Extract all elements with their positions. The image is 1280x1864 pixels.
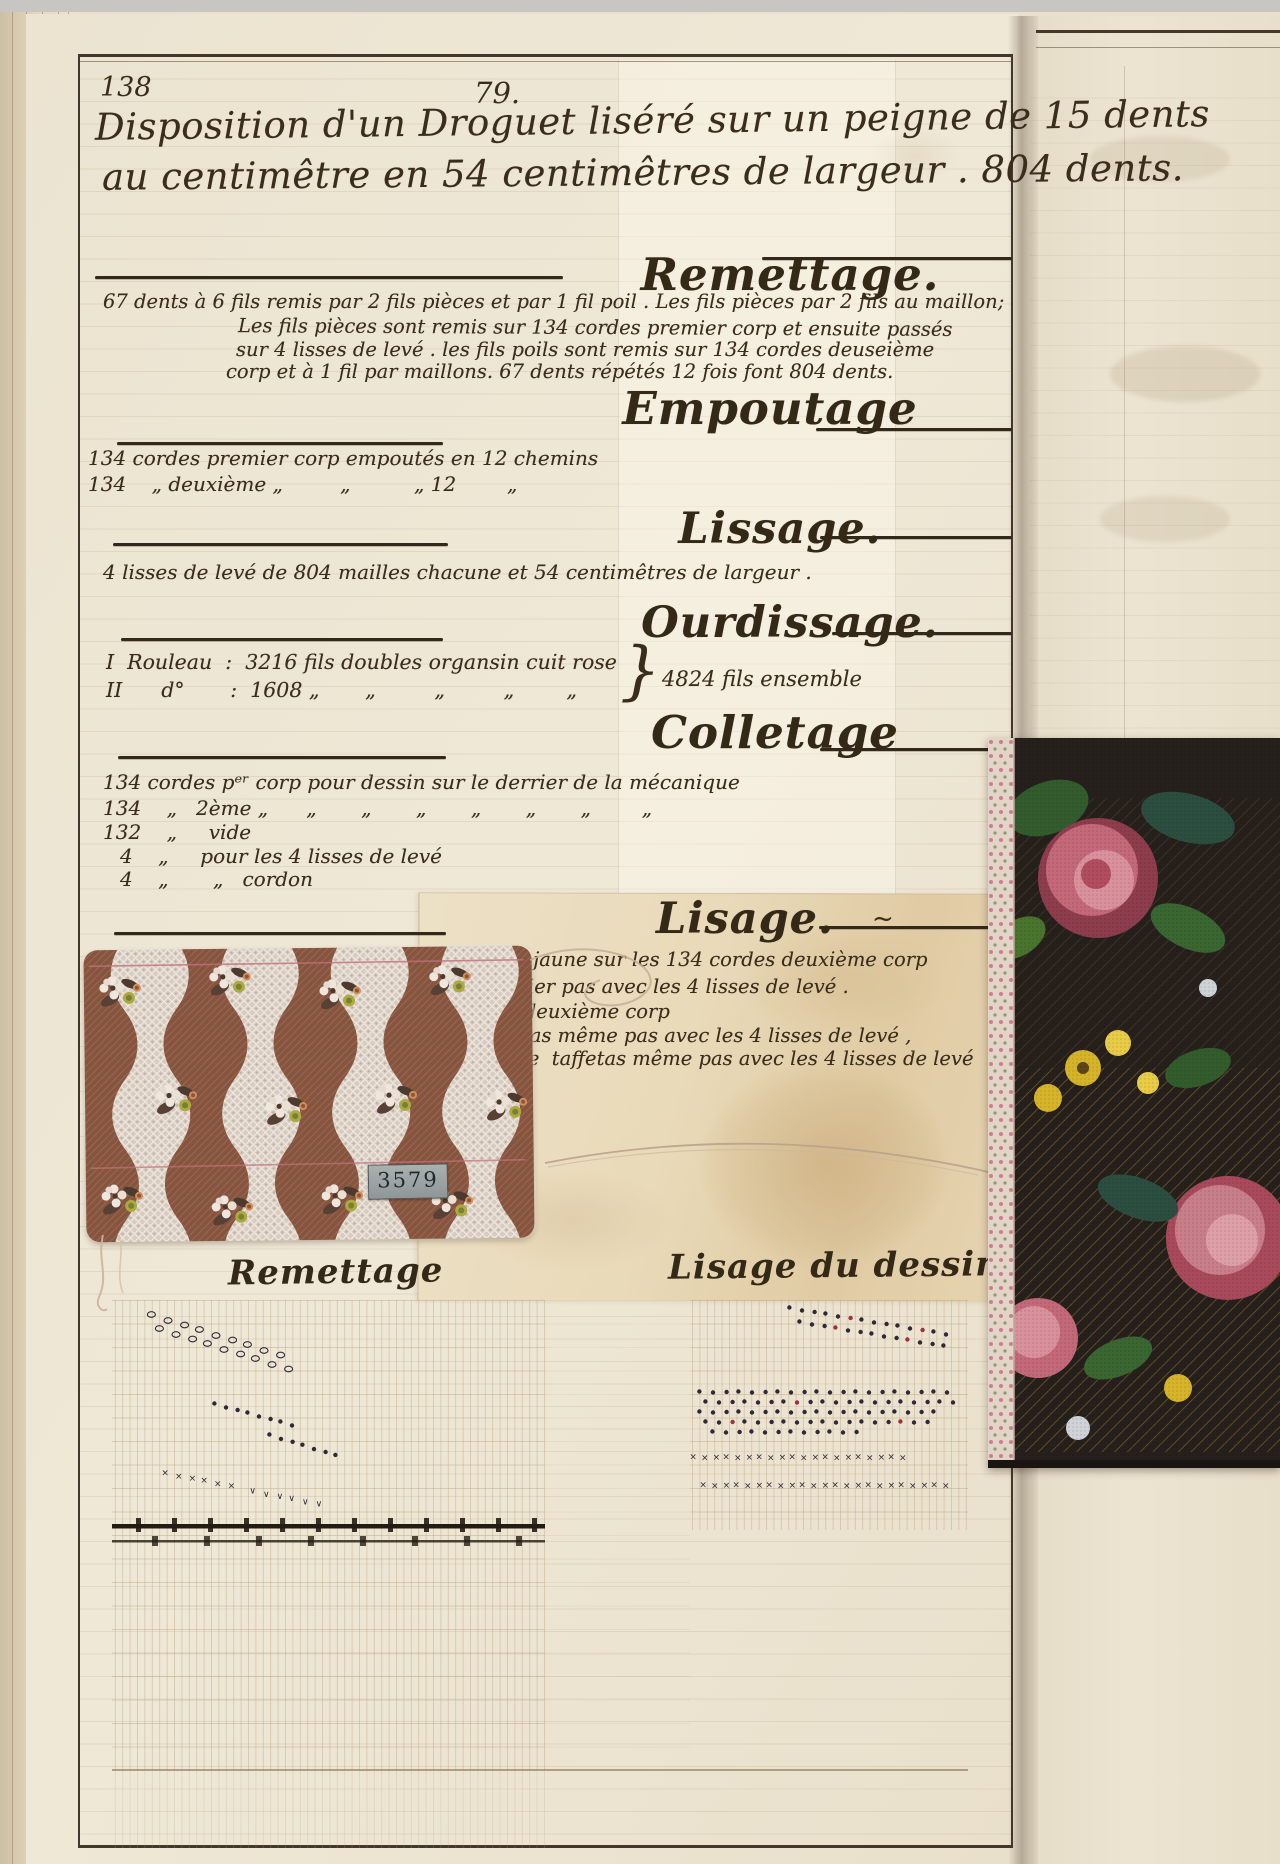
svg-text:∨: ∨ bbox=[302, 1498, 309, 1508]
svg-text:×: × bbox=[701, 1454, 709, 1464]
svg-text:×: × bbox=[854, 1453, 862, 1463]
ourdissage-brace-note: 4824 fils ensemble bbox=[662, 668, 862, 690]
lisage-squiggle: ~ bbox=[872, 906, 894, 933]
empoutage-heading: Empoutage bbox=[535, 382, 1005, 435]
svg-text:×: × bbox=[746, 1453, 754, 1463]
svg-text:×: × bbox=[909, 1482, 917, 1492]
folio-number-left: 138 bbox=[100, 72, 152, 103]
svg-text:×: × bbox=[722, 1453, 730, 1463]
ourdissage-line-1: I Rouleau : 3216 fils doubles organsin c… bbox=[106, 652, 617, 674]
ourdissage-line-2: II d° : 1608 „ „ „ „ „ bbox=[106, 680, 577, 702]
svg-text:∨: ∨ bbox=[249, 1487, 256, 1497]
page-edge-line bbox=[12, 12, 13, 1864]
lissage-heading: Lissage. bbox=[545, 504, 1015, 554]
lisage-du-dessin-caption: Lisage du dessin bbox=[668, 1244, 1001, 1287]
section-rule bbox=[117, 442, 443, 445]
title-line-2: au centimêtre en 54 centimêtres de large… bbox=[102, 149, 1184, 197]
svg-text:×: × bbox=[833, 1454, 841, 1464]
section-rule bbox=[118, 756, 446, 759]
svg-text:×: × bbox=[732, 1481, 740, 1491]
remettage-draft-grid bbox=[112, 1300, 545, 1848]
svg-text:×: × bbox=[756, 1481, 764, 1491]
svg-text:×: × bbox=[855, 1481, 863, 1491]
manuscript-photo: ××××××∨∨∨∨∨∨××××××××××××××××××××××××××××… bbox=[0, 0, 1280, 1864]
frame-top-rule bbox=[78, 54, 1013, 57]
svg-text:×: × bbox=[689, 1453, 697, 1463]
remettage-line-4: corp et à 1 fil par maillons. 67 dents r… bbox=[226, 362, 893, 382]
svg-text:×: × bbox=[744, 1482, 752, 1492]
lisage-draft-grid bbox=[545, 1300, 968, 1770]
svg-text:×: × bbox=[866, 1454, 874, 1464]
svg-text:×: × bbox=[788, 1453, 796, 1463]
empoutage-line-1: 134 cordes premier corp empoutés en 12 c… bbox=[88, 448, 598, 469]
frame-top-thin-rule bbox=[78, 61, 1013, 62]
section-rule bbox=[113, 543, 448, 546]
svg-text:×: × bbox=[821, 1453, 829, 1463]
svg-text:×: × bbox=[800, 1454, 808, 1464]
svg-text:×: × bbox=[831, 1481, 839, 1491]
remettage-line-1: 67 dents à 6 fils remis par 2 fils pièce… bbox=[103, 292, 1004, 312]
svg-text:×: × bbox=[767, 1454, 775, 1464]
colletage-line-4: 4 „ pour les 4 lisses de levé bbox=[120, 846, 442, 867]
svg-text:×: × bbox=[699, 1481, 707, 1491]
svg-text:∨: ∨ bbox=[263, 1490, 270, 1500]
svg-text:×: × bbox=[899, 1454, 907, 1464]
svg-text:×: × bbox=[845, 1453, 853, 1463]
colletage-line-3: 132 „ vide bbox=[103, 822, 251, 843]
section-rule bbox=[121, 638, 443, 641]
next-page-top-rule bbox=[1036, 30, 1280, 33]
svg-text:×: × bbox=[723, 1481, 731, 1491]
svg-text:∨: ∨ bbox=[277, 1492, 284, 1502]
colletage-line-1: 134 cordes pᵉʳ corp pour dessin sur le d… bbox=[103, 772, 740, 793]
svg-text:×: × bbox=[942, 1482, 950, 1492]
fabric-sample-right bbox=[988, 738, 1280, 1468]
svg-text:×: × bbox=[878, 1453, 886, 1463]
svg-text:×: × bbox=[214, 1480, 222, 1490]
svg-text:×: × bbox=[810, 1482, 818, 1492]
svg-text:×: × bbox=[822, 1481, 830, 1491]
ourdissage-brace: } bbox=[620, 638, 661, 705]
svg-text:×: × bbox=[812, 1453, 820, 1463]
colletage-line-5: 4 „ „ cordon bbox=[120, 869, 313, 890]
point-paper-diagrams: ××××××∨∨∨∨∨∨××××××××××××××××××××××××××××… bbox=[100, 1300, 985, 1848]
svg-text:×: × bbox=[175, 1472, 183, 1482]
svg-text:×: × bbox=[189, 1474, 197, 1484]
next-page-thin-rule bbox=[1036, 47, 1280, 48]
remettage-line-3: sur 4 lisses de levé . les fils poils so… bbox=[236, 340, 934, 360]
lissage-line-1: 4 lisses de levé de 804 mailles chacune … bbox=[103, 562, 812, 583]
svg-text:×: × bbox=[765, 1481, 773, 1491]
svg-text:×: × bbox=[876, 1482, 884, 1492]
svg-text:×: × bbox=[161, 1469, 169, 1479]
svg-text:×: × bbox=[843, 1482, 851, 1492]
svg-text:×: × bbox=[887, 1453, 895, 1463]
svg-text:×: × bbox=[734, 1454, 742, 1464]
svg-text:∨: ∨ bbox=[316, 1500, 323, 1510]
svg-text:×: × bbox=[897, 1481, 905, 1491]
svg-text:×: × bbox=[864, 1481, 872, 1491]
svg-text:×: × bbox=[228, 1482, 236, 1492]
svg-text:∨: ∨ bbox=[288, 1494, 295, 1504]
remettage-line-2: Les fils pièces sont remis sur 134 corde… bbox=[238, 316, 953, 340]
svg-text:×: × bbox=[798, 1481, 806, 1491]
hanging-threads bbox=[85, 1235, 175, 1320]
svg-text:×: × bbox=[777, 1482, 785, 1492]
svg-text:×: × bbox=[200, 1476, 208, 1486]
reed-bands bbox=[112, 1518, 545, 1546]
colletage-heading: Colletage bbox=[540, 706, 1010, 759]
svg-text:×: × bbox=[888, 1481, 896, 1491]
section-rule bbox=[95, 276, 563, 279]
svg-text:×: × bbox=[930, 1481, 938, 1491]
svg-text:×: × bbox=[789, 1481, 797, 1491]
svg-text:×: × bbox=[755, 1453, 763, 1463]
bleedthrough-smudge bbox=[1110, 346, 1260, 402]
svg-text:×: × bbox=[779, 1453, 787, 1463]
svg-text:×: × bbox=[711, 1482, 719, 1492]
remettage-diagram-caption: Remettage bbox=[228, 1250, 444, 1293]
svg-text:×: × bbox=[921, 1481, 929, 1491]
svg-text:×: × bbox=[713, 1453, 721, 1463]
bleedthrough-smudge bbox=[1100, 496, 1230, 542]
colletage-line-2: 134 „ 2ème „ „ „ „ „ „ „ „ bbox=[103, 798, 652, 819]
empoutage-line-2: 134 „ deuxième „ „ „ 12 „ bbox=[88, 474, 517, 495]
